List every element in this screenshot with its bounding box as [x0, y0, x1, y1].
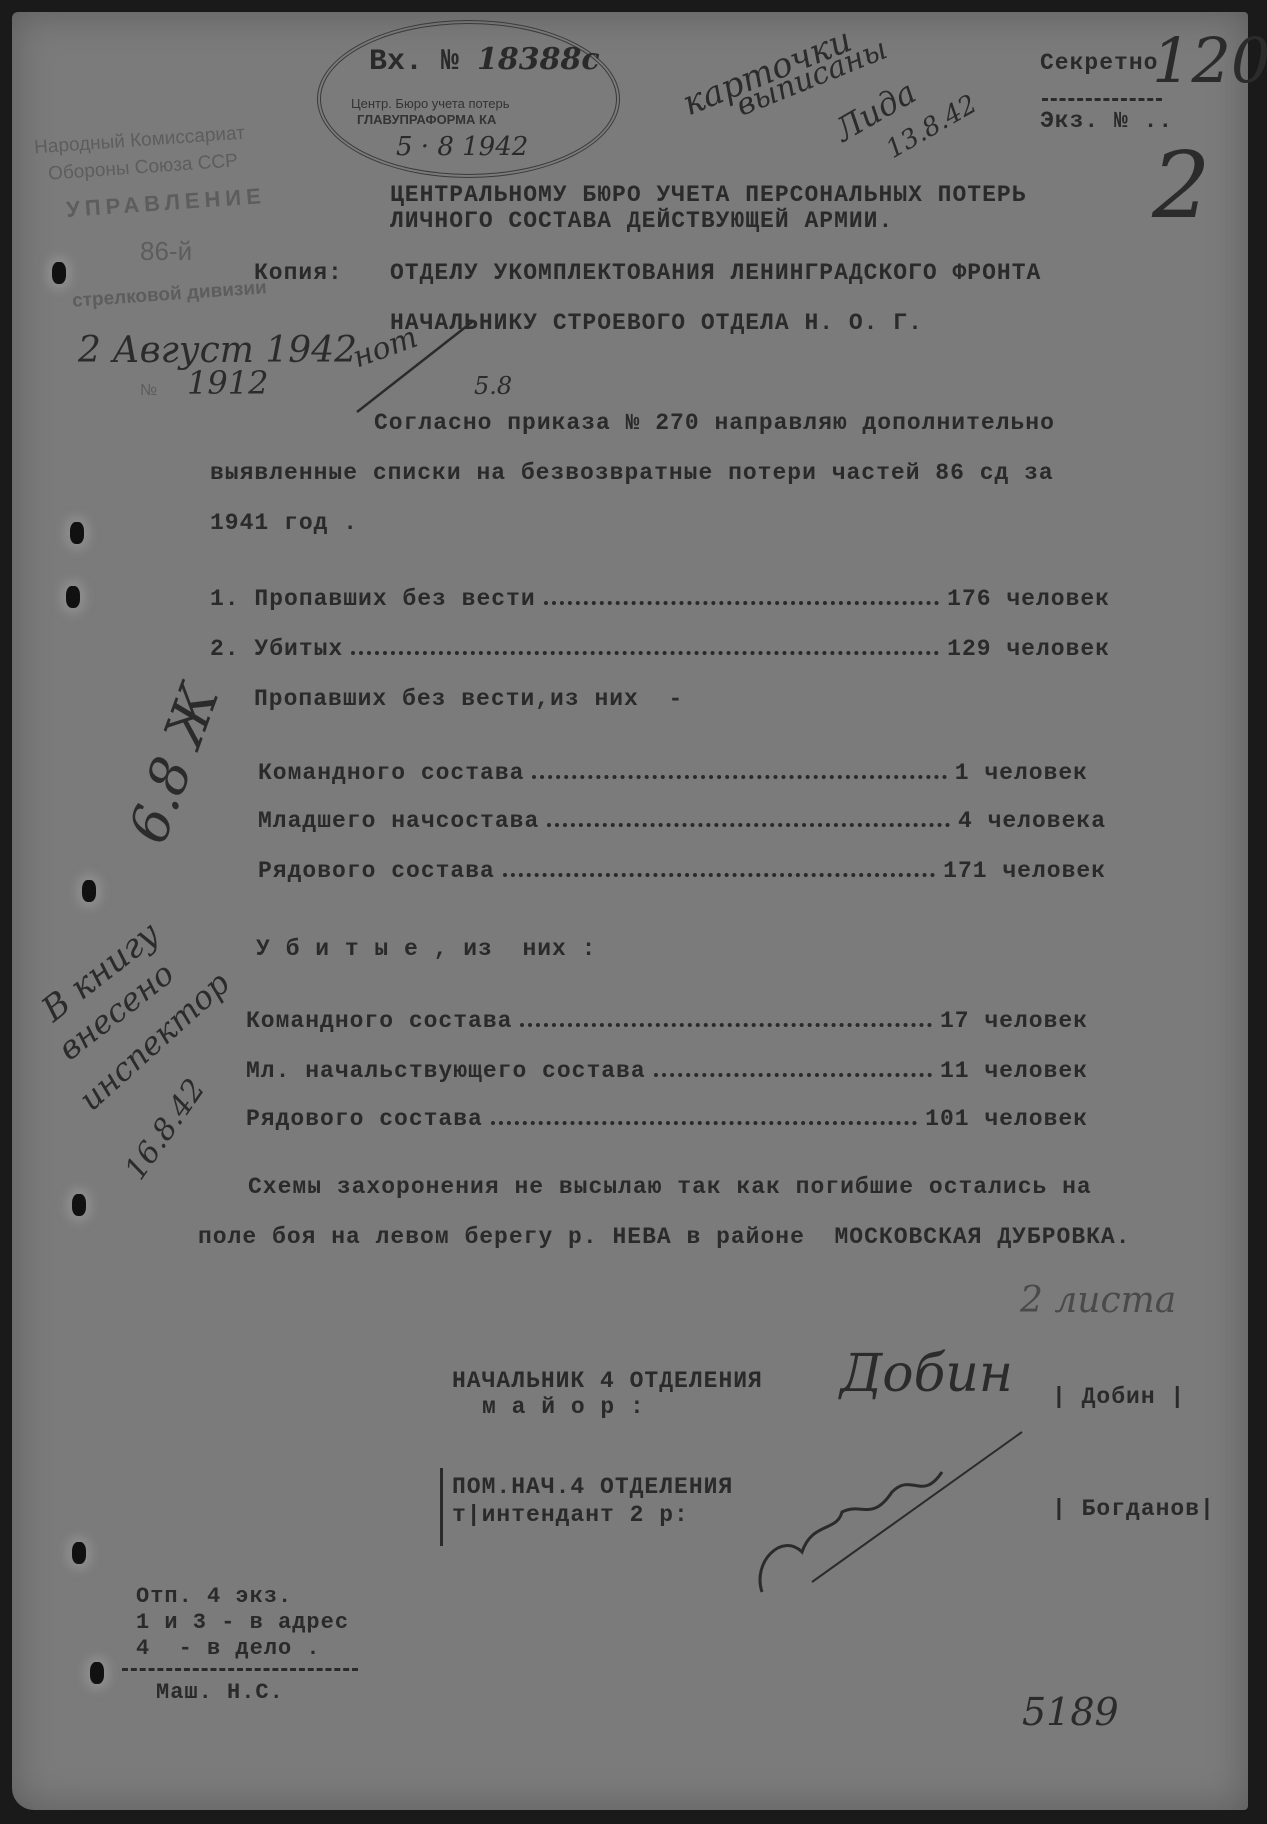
sheets-count-note: 2 листа: [1020, 1280, 1176, 1321]
signatory2-rank: т|интендант 2 р:: [452, 1502, 689, 1528]
distribution-divider: [122, 1668, 358, 1671]
corner-stamp-line5: стрелковой дивизии: [71, 277, 267, 313]
stamp-org-line1: Центр. Бюро учета потерь: [351, 96, 510, 111]
closing-line1: Схемы захоронения не высылаю так как пог…: [248, 1174, 1092, 1200]
signatory1-rank: м а й о р :: [482, 1394, 645, 1420]
corner-stamp-number-label: №: [140, 382, 157, 400]
distribution-line3: 4 - в дело .: [136, 1636, 321, 1661]
binding-hole: [66, 586, 80, 608]
distribution-line2: 1 и 3 - в адрес: [136, 1610, 349, 1635]
missing-row-rank-file: Рядового состава171 человек: [258, 858, 1106, 884]
killed-breakdown-heading: У б и т ы е , из них :: [256, 936, 596, 962]
addressee-primary-line1: ЦЕНТРАЛЬНОМУ БЮРО УЧЕТА ПЕРСОНАЛЬНЫХ ПОТ…: [390, 182, 1027, 208]
killed-row-rank-file: Рядового состава101 человек: [246, 1106, 1088, 1132]
corner-stamp-line3: УПРАВЛЕНИЕ: [65, 183, 266, 223]
killed-row-command: Командного состава17 человек: [246, 1008, 1088, 1034]
signatory2-title: ПОМ.НАЧ.4 ОТДЕЛЕНИЯ: [452, 1474, 733, 1500]
distribution-line1: Отп. 4 экз.: [136, 1584, 292, 1609]
binding-hole: [82, 880, 96, 902]
binding-hole: [90, 1662, 104, 1684]
closing-line2: поле боя на левом берегу р. НЕВА в район…: [198, 1224, 1131, 1250]
signature-1: Добин: [840, 1344, 1013, 1404]
copy-number: 2: [1152, 132, 1211, 239]
body-line1: Согласно приказа № 270 направляю дополни…: [374, 410, 1055, 436]
total-row-killed: 2. Убитых129 человек: [210, 636, 1110, 662]
total-row-missing: 1. Пропавших без вести176 человек: [210, 586, 1110, 612]
binding-hole: [52, 262, 66, 284]
binding-hole: [72, 1194, 86, 1216]
killed-row-junior: Мл. начальствующего состава11 человек: [246, 1058, 1088, 1084]
signature-bracket: [440, 1468, 443, 1546]
addressee-primary-line2: ЛИЧНОГО СОСТАВА ДЕЙСТВУЮЩЕЙ АРМИИ.: [390, 208, 893, 234]
signatory1-name: | Добин |: [1052, 1384, 1185, 1410]
stamp-org-line2: ГЛАВУПРАФОРМА КА: [357, 112, 496, 127]
secrecy-underline: [1042, 98, 1162, 101]
secrecy-label: Секретно: [1040, 50, 1158, 76]
document-page: Вх. № 18388с Центр. Бюро учета потерь ГЛ…: [12, 12, 1248, 1810]
missing-row-command: Командного состава1 человек: [258, 760, 1088, 786]
signatory1-title: НАЧАЛЬНИК 4 ОТДЕЛЕНИЯ: [452, 1368, 763, 1394]
corner-stamp-line4: 86-й: [140, 236, 192, 267]
missing-row-junior: Младшего начсостава4 человека: [258, 808, 1106, 834]
body-line3: 1941 год .: [210, 510, 358, 536]
binding-hole: [70, 522, 84, 544]
signature-2: [742, 1412, 1042, 1602]
margin-note-date: 6.8 Ж: [116, 676, 231, 851]
copy-number-label: Экз. № ..: [1040, 108, 1173, 134]
corner-stamp-number: 1912: [187, 364, 268, 402]
archive-number: 5189: [1022, 1690, 1119, 1734]
typist-initials: Маш. Н.С.: [156, 1680, 284, 1705]
binding-hole: [72, 1542, 86, 1564]
incoming-number: Вх. № 18388с: [369, 42, 600, 79]
stamp-date: 5 · 8 1942: [396, 132, 528, 162]
signatory2-name: | Богданов|: [1052, 1496, 1215, 1522]
body-line2: выявленные списки на безвозвратные потер…: [210, 460, 1054, 486]
page-number: 120: [1152, 24, 1267, 97]
missing-breakdown-heading: Пропавших без вести,из них -: [254, 686, 683, 712]
copy-label: Копия:: [254, 260, 343, 286]
incoming-registration-stamp: Вх. № 18388с Центр. Бюро учета потерь ГЛ…: [317, 20, 620, 178]
margin-note-date2: 16.8.42: [118, 1073, 212, 1187]
handwritten-strike-line: [352, 312, 482, 422]
addressee-copy-line1: ОТДЕЛУ УКОМПЛЕКТОВАНИЯ ЛЕНИНГРАДСКОГО ФР…: [390, 260, 1041, 286]
